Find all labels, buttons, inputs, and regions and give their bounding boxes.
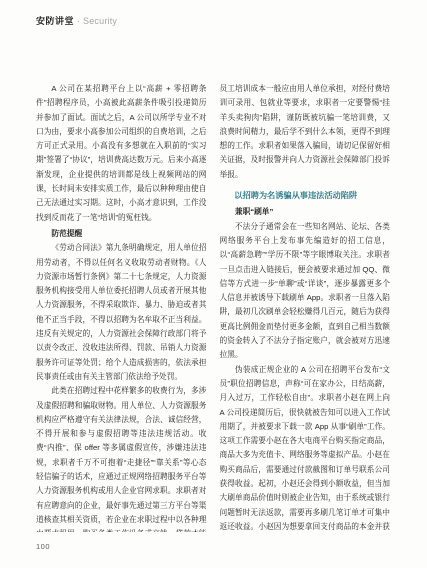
article-column-left: A 公司在某招聘平台上以“高薪 + 零招聘条件”招聘程序员，小高被此高薪条件吸引… xyxy=(36,82,207,532)
paragraph: 《劳动合同法》第九条明确规定，用人单位招用劳动者，不得以任何名义收取劳动者财物。… xyxy=(36,241,207,384)
section-title-en: Security xyxy=(83,16,117,26)
paragraph: A 公司在某招聘平台上以“高薪 + 零招聘条件”招聘程序员，小高被此高薪条件吸引… xyxy=(36,82,207,225)
paragraph: 伪装成正规企业的 A 公司在招聘平台发布“文员”职位招聘信息，声称“可在家办公，… xyxy=(220,363,391,532)
article-body: A 公司在某招聘平台上以“高薪 + 零招聘条件”招聘程序员，小高被此高薪条件吸引… xyxy=(36,82,390,532)
magazine-page: 安防讲堂·Security A 公司在某招聘平台上以“高薪 + 零招聘条件”招聘… xyxy=(0,0,427,568)
article-column-right: 员工培训成本一般应由用人单位承担，对经付费培训可录用、包就业等要求，求职者一定要… xyxy=(220,82,391,532)
section-heading: 以招聘为名诱骗从事违法活动陷阱 xyxy=(220,189,391,203)
section-separator: · xyxy=(77,16,80,26)
page-number: 100 xyxy=(36,542,50,551)
subheading: 兼职“刷单” xyxy=(220,205,391,219)
paragraph-continued: 员工培训成本一般应由用人单位承担，对经付费培训可录用、包就业等要求，求职者一定要… xyxy=(220,82,391,182)
paragraph: 不法分子通常会在一些知名网站、论坛、各类网络服务平台上发布事先编造好的招工信息，… xyxy=(220,220,391,363)
page-header: 安防讲堂·Security xyxy=(36,16,117,27)
subheading: 防范提醒 xyxy=(36,227,207,241)
section-title-cn: 安防讲堂 xyxy=(36,16,74,26)
paragraph: 此类在招聘过程中花样繁多的收费行为，多涉及虚假招聘和骗取财物。用人单位、人力资源… xyxy=(36,384,207,532)
